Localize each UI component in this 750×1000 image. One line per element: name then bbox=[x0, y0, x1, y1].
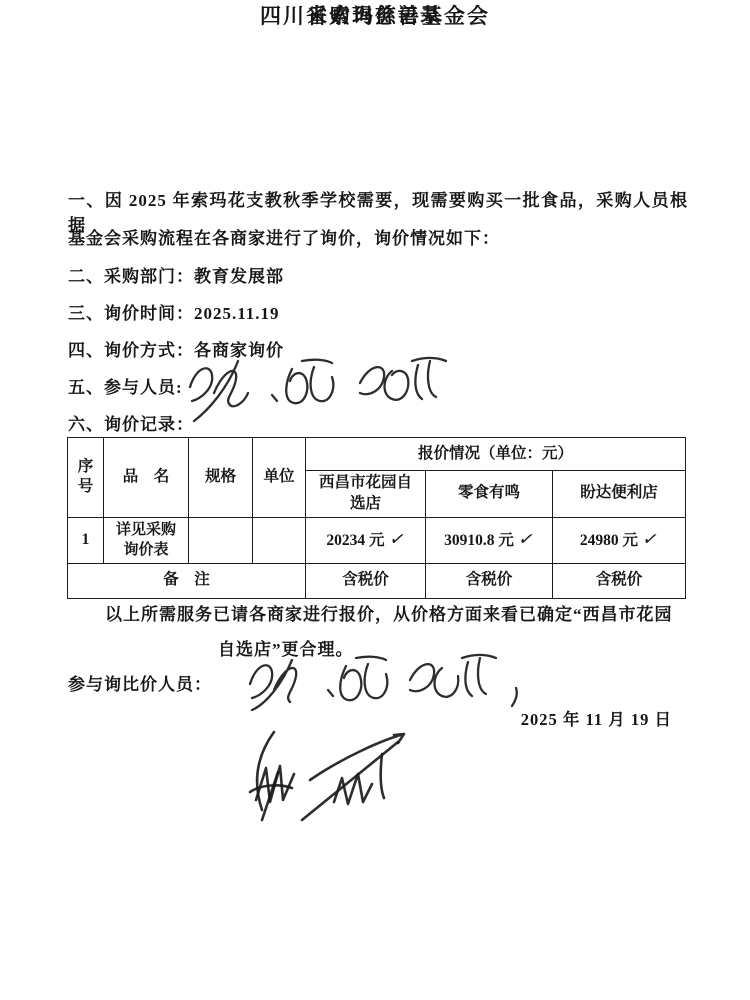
reviewers-label: 参与询比价人员： bbox=[68, 670, 212, 695]
table-row: 1 详见采购询价表 20234 元✓ 30910.8 元✓ 24980 元✓ bbox=[68, 517, 686, 563]
doc-subtitle: 采购询价记录 bbox=[0, 0, 750, 28]
intro-paragraph-line2: 基金会采购流程在各商家进行了询价，询价情况如下： bbox=[68, 224, 500, 249]
vendor-header-panda: 盼达便利店 bbox=[553, 471, 686, 518]
reviewers-handwritten-signatures bbox=[242, 650, 542, 714]
quotation-table: 序号 品 名 规格 单位 报价情况（单位：元） 西昌市花园自选店 零食有鸣 盼达… bbox=[67, 437, 686, 599]
col-header-spec: 规格 bbox=[189, 438, 253, 518]
item-purchase-department: 二、采购部门：教育发展部 bbox=[68, 262, 284, 287]
handwritten-check-icon: ✓ bbox=[640, 528, 661, 553]
conclusion-line1: 以上所需服务已请各商家进行报价，从价格方面来看已确定“西昌市花园 bbox=[105, 600, 673, 625]
item-inquiry-date: 三、询价时间：2025.11.19 bbox=[68, 299, 280, 324]
remark-label-cell: 备 注 bbox=[68, 563, 306, 598]
item-inquiry-record-label: 六、询价记录： bbox=[68, 410, 194, 435]
bottom-handwritten-signatures bbox=[222, 728, 432, 828]
col-header-seq: 序号 bbox=[68, 438, 104, 518]
handwritten-check-icon: ✓ bbox=[516, 528, 537, 553]
col-header-name: 品 名 bbox=[104, 438, 189, 518]
cell-unit bbox=[253, 517, 306, 563]
col-header-unit: 单位 bbox=[253, 438, 306, 518]
cell-seq: 1 bbox=[68, 517, 104, 563]
cell-quote-huayuan: 20234 元✓ bbox=[306, 517, 426, 563]
remark-panda: 含税价 bbox=[553, 563, 686, 598]
quote-section-header: 报价情况（单位：元） bbox=[306, 438, 686, 471]
vendor-header-huayuan: 西昌市花园自选店 bbox=[306, 471, 426, 518]
participants-handwritten-signatures bbox=[180, 349, 470, 427]
cell-quote-panda: 24980 元✓ bbox=[553, 517, 686, 563]
cell-spec bbox=[189, 517, 253, 563]
remark-row: 备 注 含税价 含税价 含税价 bbox=[68, 563, 686, 598]
remark-lingshiyouming: 含税价 bbox=[426, 563, 553, 598]
scanned-document-page: 四川省索玛慈善基金会 采购询价记录 一、因 2025 年索玛花支教秋季学校需要，… bbox=[0, 0, 750, 1000]
cell-item-name: 详见采购询价表 bbox=[104, 517, 189, 563]
vendor-header-lingshiyouming: 零食有鸣 bbox=[426, 471, 553, 518]
handwritten-check-icon: ✓ bbox=[387, 528, 408, 553]
doc-date: 2025 年 11 月 19 日 bbox=[400, 706, 672, 730]
cell-quote-lingshiyouming: 30910.8 元✓ bbox=[426, 517, 553, 563]
remark-huayuan: 含税价 bbox=[306, 563, 426, 598]
item-participants-label: 五、参与人员: bbox=[68, 373, 183, 398]
